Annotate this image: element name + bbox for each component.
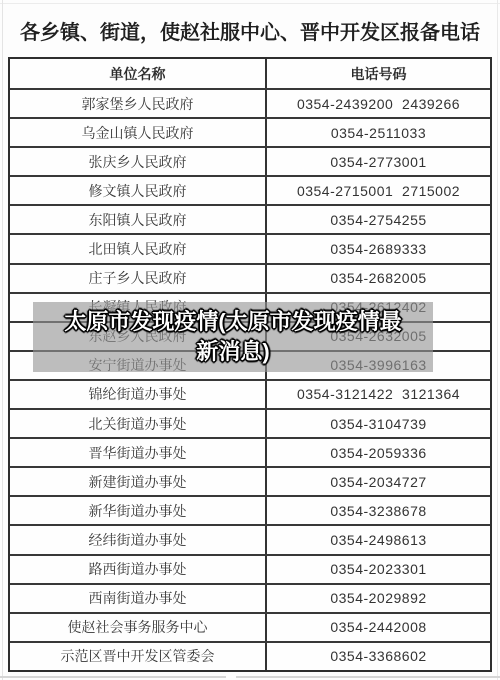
- unit-name-cell: 锦纶街道办事处: [10, 381, 267, 408]
- header-phone-number: 电话号码: [267, 59, 490, 88]
- phone-cell: 0354-3121422 3121364: [267, 381, 490, 408]
- phone-cell: 0354-2059336: [267, 439, 490, 466]
- unit-name-cell: 北田镇人民政府: [10, 235, 267, 262]
- table-row: 庄子乡人民政府 0354-2682005: [10, 263, 490, 292]
- table-row: 东阳镇人民政府 0354-2754255: [10, 204, 490, 233]
- unit-name-cell: 路西街道办事处: [10, 556, 267, 583]
- unit-name-cell: 新华街道办事处: [10, 497, 267, 524]
- unit-name-cell: 东阳镇人民政府: [10, 206, 267, 233]
- page-edge-line-top: [0, 3, 500, 4]
- phone-cell: 0354-2715001 2715002: [267, 177, 490, 204]
- unit-name-cell: 张庆乡人民政府: [10, 148, 267, 175]
- headline-line-1: 太原市发现疫情(太原市发现疫情最: [64, 307, 401, 337]
- phone-cell: 0354-2034727: [267, 468, 490, 495]
- banner: 各乡镇、街道，使赵社服中心、晋中开发区报备电话: [8, 8, 492, 52]
- phone-cell: 0354-3238678: [267, 497, 490, 524]
- table-row: 新华街道办事处 0354-3238678: [10, 495, 490, 524]
- table-row: 路西街道办事处 0354-2023301: [10, 554, 490, 583]
- header-unit-name: 单位名称: [10, 59, 267, 88]
- phone-cell: 0354-2773001: [267, 148, 490, 175]
- table-row: 张庆乡人民政府 0354-2773001: [10, 146, 490, 175]
- table-row: 使赵社会事务服务中心 0354-2442008: [10, 612, 490, 641]
- phone-cell: 0354-2023301: [267, 556, 490, 583]
- page-edge-line-right: [497, 0, 498, 680]
- headline-line-2: 新消息): [196, 337, 269, 367]
- unit-name-cell: 新建街道办事处: [10, 468, 267, 495]
- unit-name-cell: 郭家堡乡人民政府: [10, 90, 267, 117]
- table-row: 示范区晋中开发区管委会 0354-3368602: [10, 641, 490, 670]
- phone-cell: 0354-2498613: [267, 526, 490, 553]
- table-row: 修文镇人民政府 0354-2715001 2715002: [10, 175, 490, 204]
- unit-name-cell: 晋华街道办事处: [10, 439, 267, 466]
- unit-name-cell: 修文镇人民政府: [10, 177, 267, 204]
- unit-name-cell: 乌金山镇人民政府: [10, 119, 267, 146]
- table-body: 郭家堡乡人民政府 0354-2439200 2439266 乌金山镇人民政府 0…: [10, 88, 490, 670]
- table-row: 晋华街道办事处 0354-2059336: [10, 437, 490, 466]
- table-row: 新建街道办事处 0354-2034727: [10, 466, 490, 495]
- page-edge-line-left: [2, 0, 3, 680]
- phone-cell: 0354-2439200 2439266: [267, 90, 490, 117]
- phone-cell: 0354-2442008: [267, 614, 490, 641]
- phone-cell: 0354-2682005: [267, 265, 490, 292]
- unit-name-cell: 经纬街道办事处: [10, 526, 267, 553]
- unit-name-cell: 庄子乡人民政府: [10, 265, 267, 292]
- table-row: 锦纶街道办事处 0354-3121422 3121364: [10, 379, 490, 408]
- bottom-line-fragment-left: [0, 676, 226, 678]
- table-row: 北田镇人民政府 0354-2689333: [10, 233, 490, 262]
- phone-cell: 0354-2029892: [267, 585, 490, 612]
- phone-cell: 0354-2511033: [267, 119, 490, 146]
- bottom-line-fragment-right: [236, 676, 500, 678]
- unit-name-cell: 使赵社会事务服务中心: [10, 614, 267, 641]
- table-header-row: 单位名称 电话号码: [10, 59, 490, 88]
- table-row: 乌金山镇人民政府 0354-2511033: [10, 117, 490, 146]
- phone-cell: 0354-3104739: [267, 410, 490, 437]
- unit-name-cell: 西南街道办事处: [10, 585, 267, 612]
- phone-cell: 0354-2754255: [267, 206, 490, 233]
- table-row: 经纬街道办事处 0354-2498613: [10, 524, 490, 553]
- unit-name-cell: 北关街道办事处: [10, 410, 267, 437]
- banner-title: 各乡镇、街道，使赵社服中心、晋中开发区报备电话: [20, 16, 480, 45]
- unit-name-cell: 示范区晋中开发区管委会: [10, 643, 267, 670]
- phone-cell: 0354-3368602: [267, 643, 490, 670]
- phone-cell: 0354-2689333: [267, 235, 490, 262]
- table-row: 郭家堡乡人民政府 0354-2439200 2439266: [10, 88, 490, 117]
- headline-overlay: 太原市发现疫情(太原市发现疫情最 新消息): [33, 302, 433, 372]
- table-row: 西南街道办事处 0354-2029892: [10, 583, 490, 612]
- table-row: 北关街道办事处 0354-3104739: [10, 408, 490, 437]
- page: 各乡镇、街道，使赵社服中心、晋中开发区报备电话 单位名称 电话号码 郭家堡乡人民…: [0, 0, 500, 680]
